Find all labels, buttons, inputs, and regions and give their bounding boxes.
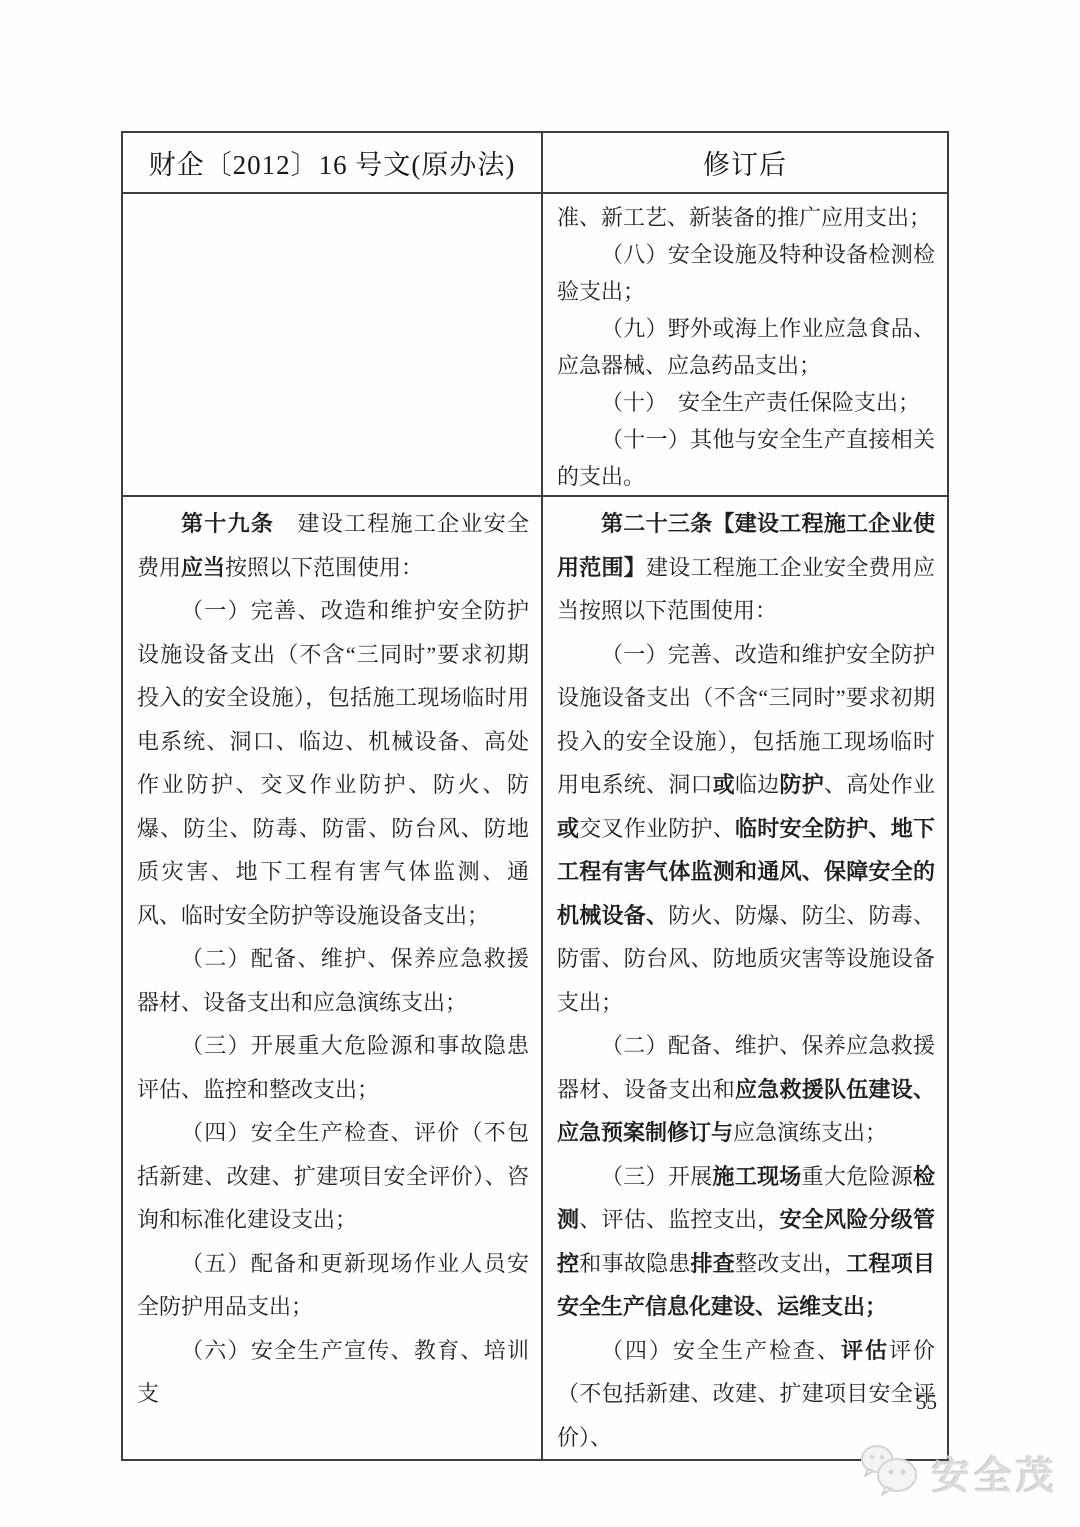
revision-bold-text: 或 (557, 816, 579, 841)
header-original-regulation: 财企〔2012〕16 号文(原办法) (122, 132, 542, 193)
paragraph: （四）安全生产检查、评价（不包括新建、改建、扩建项目安全评价）、咨询和标准化建设… (137, 1111, 529, 1242)
paragraph: （九）野外或海上作业应急食品、应急器械、应急药品支出； (557, 310, 935, 384)
body-text: （八）安全设施及特种设备检测检验支出； (557, 242, 935, 304)
body-text: （六）安全生产宣传、教育、培训支 (137, 1338, 529, 1407)
cell-revised-row1: 准、新工艺、新装备的推广应用支出；（八）安全设施及特种设备检测检验支出；（九）野… (542, 193, 948, 496)
paragraph: （一）完善、改造和维护安全防护设施设备支出（不含“三同时”要求初期投入的安全设施… (137, 589, 529, 937)
brand-watermark: 安全茂 (858, 1442, 1058, 1503)
table-row: 第十九条 建设工程施工企业安全费用应当按照以下范围使用：（一）完善、改造和维护安… (122, 496, 948, 1460)
body-text: 应急演练支出； (733, 1120, 887, 1145)
body-text: 整改支出， (735, 1251, 846, 1276)
body-text: （四）安全生产检查、评价（不包括新建、改建、扩建项目安全评价）、咨询和标准化建设… (137, 1120, 529, 1232)
body-text: （四）安全生产检查、 (601, 1338, 841, 1363)
paragraph: （一）完善、改造和维护安全防护设施设备支出（不含“三同时”要求初期投入的安全设施… (557, 633, 935, 1025)
body-text: 重大危险源 (802, 1164, 913, 1189)
brand-name: 安全茂 (932, 1445, 1058, 1500)
paragraph: （二）配备、维护、保养应急救援器材、设备支出和应急演练支出； (137, 937, 529, 1024)
paragraph: （十） 安全生产责任保险支出； (557, 384, 935, 421)
paragraph: （四）安全生产检查、评估评价（不包括新建、改建、扩建项目安全评价）、 (557, 1329, 935, 1460)
comparison-table: 财企〔2012〕16 号文(原办法) 修订后 准、新工艺、新装备的推广应用支出；… (121, 131, 949, 1461)
page-number: 55 (916, 1390, 937, 1415)
paragraph: 第十九条 建设工程施工企业安全费用应当按照以下范围使用： (137, 502, 529, 589)
body-text: （十一）其他与安全生产直接相关的支出。 (557, 427, 935, 489)
paragraph: 准、新工艺、新装备的推广应用支出； (557, 199, 935, 236)
body-text: （一）完善、改造和维护安全防护设施设备支出（不含“三同时”要求初期投入的安全设施… (137, 598, 529, 928)
paragraph: （三）开展施工现场重大危险源检测、评估、监控支出，安全风险分级管控和事故隐患排查… (557, 1155, 935, 1329)
paragraph: （八）安全设施及特种设备检测检验支出； (557, 236, 935, 310)
revision-bold-text: 施工现场 (712, 1164, 801, 1189)
body-text: （十） 安全生产责任保险支出； (601, 390, 920, 415)
body-text: （二）配备、维护、保养应急救援器材、设备支出和应急演练支出； (137, 946, 529, 1015)
paragraph: （十一）其他与安全生产直接相关的支出。 (557, 421, 935, 495)
document-page: 财企〔2012〕16 号文(原办法) 修订后 准、新工艺、新装备的推广应用支出；… (0, 0, 1080, 1527)
body-text: （三）开展重大危险源和事故隐患评估、监控和整改支出； (137, 1033, 529, 1102)
wechat-chat-bubbles-icon (858, 1442, 922, 1503)
revision-bold-text: 评估 (841, 1338, 889, 1363)
cell-original-row1 (122, 193, 542, 496)
cell-revised-row2: 第二十三条【建设工程施工企业使用范围】建设工程施工企业安全费用应当按照以下范围使… (542, 496, 948, 1460)
paragraph: （二）配备、维护、保养应急救援器材、设备支出和应急救援队伍建设、应急预案制修订与… (557, 1024, 935, 1155)
table-row: 准、新工艺、新装备的推广应用支出；（八）安全设施及特种设备检测检验支出；（九）野… (122, 193, 948, 496)
cell-original-row2: 第十九条 建设工程施工企业安全费用应当按照以下范围使用：（一）完善、改造和维护安… (122, 496, 542, 1460)
revision-bold-text: 防护 (779, 772, 824, 797)
revision-bold-text: 排查 (690, 1251, 735, 1276)
paragraph: 第二十三条【建设工程施工企业使用范围】建设工程施工企业安全费用应当按照以下范围使… (557, 502, 935, 633)
body-text: 按照以下范围使用： (225, 555, 423, 580)
body-text: 、高处作业 (824, 772, 935, 797)
body-text: 、评估、监控支出， (579, 1207, 779, 1232)
table-header-row: 财企〔2012〕16 号文(原办法) 修订后 (122, 132, 948, 193)
revision-bold-text: 应当 (181, 555, 225, 580)
body-text: 交叉作业防护、 (579, 816, 735, 841)
body-text: 临边 (735, 772, 780, 797)
body-text: （三）开展 (601, 1164, 712, 1189)
paragraph: （六）安全生产宣传、教育、培训支 (137, 1329, 529, 1416)
paragraph: （三）开展重大危险源和事故隐患评估、监控和整改支出； (137, 1024, 529, 1111)
body-text: 准、新工艺、新装备的推广应用支出； (557, 205, 931, 230)
header-revised: 修订后 (542, 132, 948, 193)
revision-bold-text: 第十九条 (181, 511, 274, 536)
revision-bold-text: 或 (713, 772, 735, 797)
paragraph: （五）配备和更新现场作业人员安全防护用品支出； (137, 1242, 529, 1329)
body-text: （五）配备和更新现场作业人员安全防护用品支出； (137, 1251, 529, 1320)
body-text: 和事故隐患 (579, 1251, 690, 1276)
body-text: （九）野外或海上作业应急食品、应急器械、应急药品支出； (557, 316, 935, 378)
